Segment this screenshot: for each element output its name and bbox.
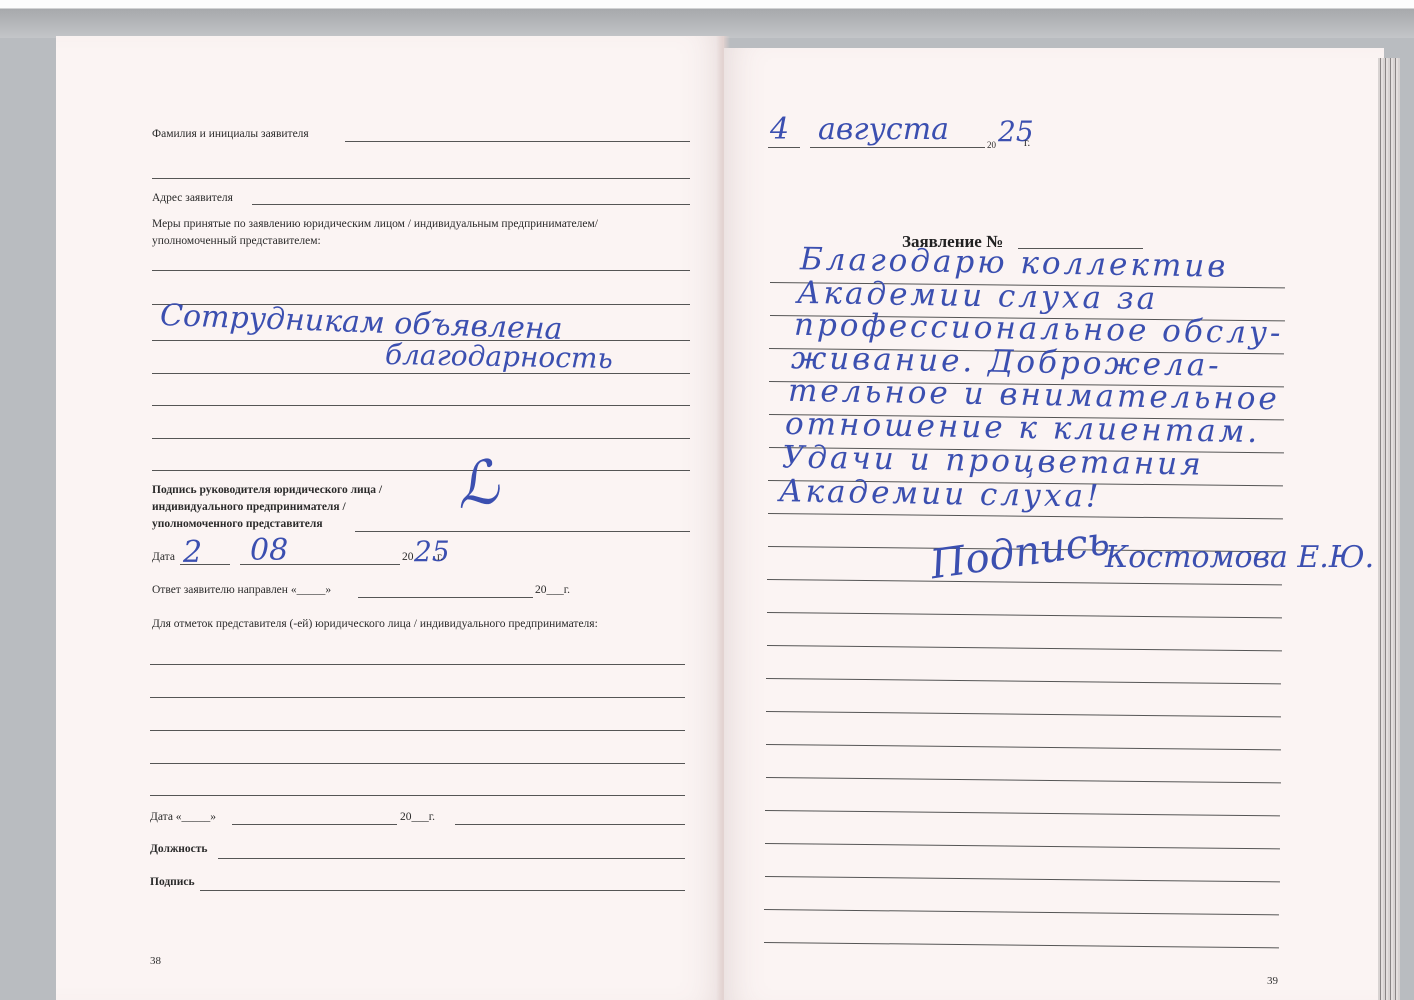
right-date-month-line	[810, 147, 985, 148]
statement-line: Академии слуха!	[779, 473, 1102, 515]
date-day-line	[180, 564, 230, 565]
signature-line	[355, 531, 690, 532]
ruled-line	[152, 405, 690, 406]
right-date-day: 4	[770, 112, 789, 147]
right-date-month: августа	[818, 112, 949, 147]
measures-handwritten-2: благодарность	[385, 338, 613, 375]
ruled-line	[150, 664, 685, 665]
reply-month-line	[358, 597, 533, 598]
signature-label-3: уполномоченного представителя	[152, 518, 323, 530]
page-number-left: 38	[150, 955, 161, 967]
date-year-prefix: 20	[402, 551, 414, 563]
right-date-suffix: г.	[1024, 137, 1030, 149]
ruled-line	[152, 270, 690, 271]
date-month-line	[240, 564, 400, 565]
signature2-line	[200, 890, 685, 891]
right-date-year-prefix: 20	[987, 140, 996, 150]
applicant-name-line-2	[152, 178, 690, 179]
ruled-line	[150, 697, 685, 698]
right-date-day-line	[768, 147, 800, 148]
ruled-line	[152, 470, 690, 471]
date-suffix: г.	[437, 551, 443, 563]
measures-label-2: уполномоченный представителем:	[152, 235, 321, 247]
applicant-signature-name: Костомова Е.Ю.	[1105, 540, 1374, 575]
position-label: Должность	[150, 843, 208, 855]
page-edges	[1378, 58, 1400, 1000]
ruled-line	[152, 438, 690, 439]
date2-label: Дата «_____»	[150, 811, 216, 823]
date2-year: 20___г.	[400, 811, 435, 823]
ruled-line	[150, 763, 685, 764]
date2-month-line	[232, 824, 397, 825]
notes-label: Для отметок представителя (-ей) юридичес…	[152, 618, 598, 630]
applicant-address-line	[252, 204, 690, 205]
ruled-line	[150, 795, 685, 796]
date-month: 08	[250, 533, 288, 568]
measures-label-1: Меры принятые по заявлению юридическим л…	[152, 218, 598, 230]
page-number-right: 39	[1267, 975, 1278, 987]
signature2-label: Подпись	[150, 876, 195, 888]
applicant-address-label: Адрес заявителя	[152, 192, 233, 204]
signature-label-2: индивидуального предпринимателя /	[152, 501, 346, 513]
ruled-line	[150, 730, 685, 731]
signature-label-1: Подпись руководителя юридического лица /	[152, 484, 382, 496]
scanner-border	[0, 0, 1414, 38]
reply-sent-label: Ответ заявителю направлен «_____»	[152, 584, 331, 596]
applicant-name-label: Фамилия и инициалы заявителя	[152, 128, 309, 140]
date-year: 25	[414, 535, 450, 568]
applicant-name-line	[345, 141, 690, 142]
position-line	[218, 858, 685, 859]
date2-extra-line	[455, 824, 685, 825]
reply-year: 20___г.	[535, 584, 570, 596]
date-label: Дата	[152, 551, 175, 563]
